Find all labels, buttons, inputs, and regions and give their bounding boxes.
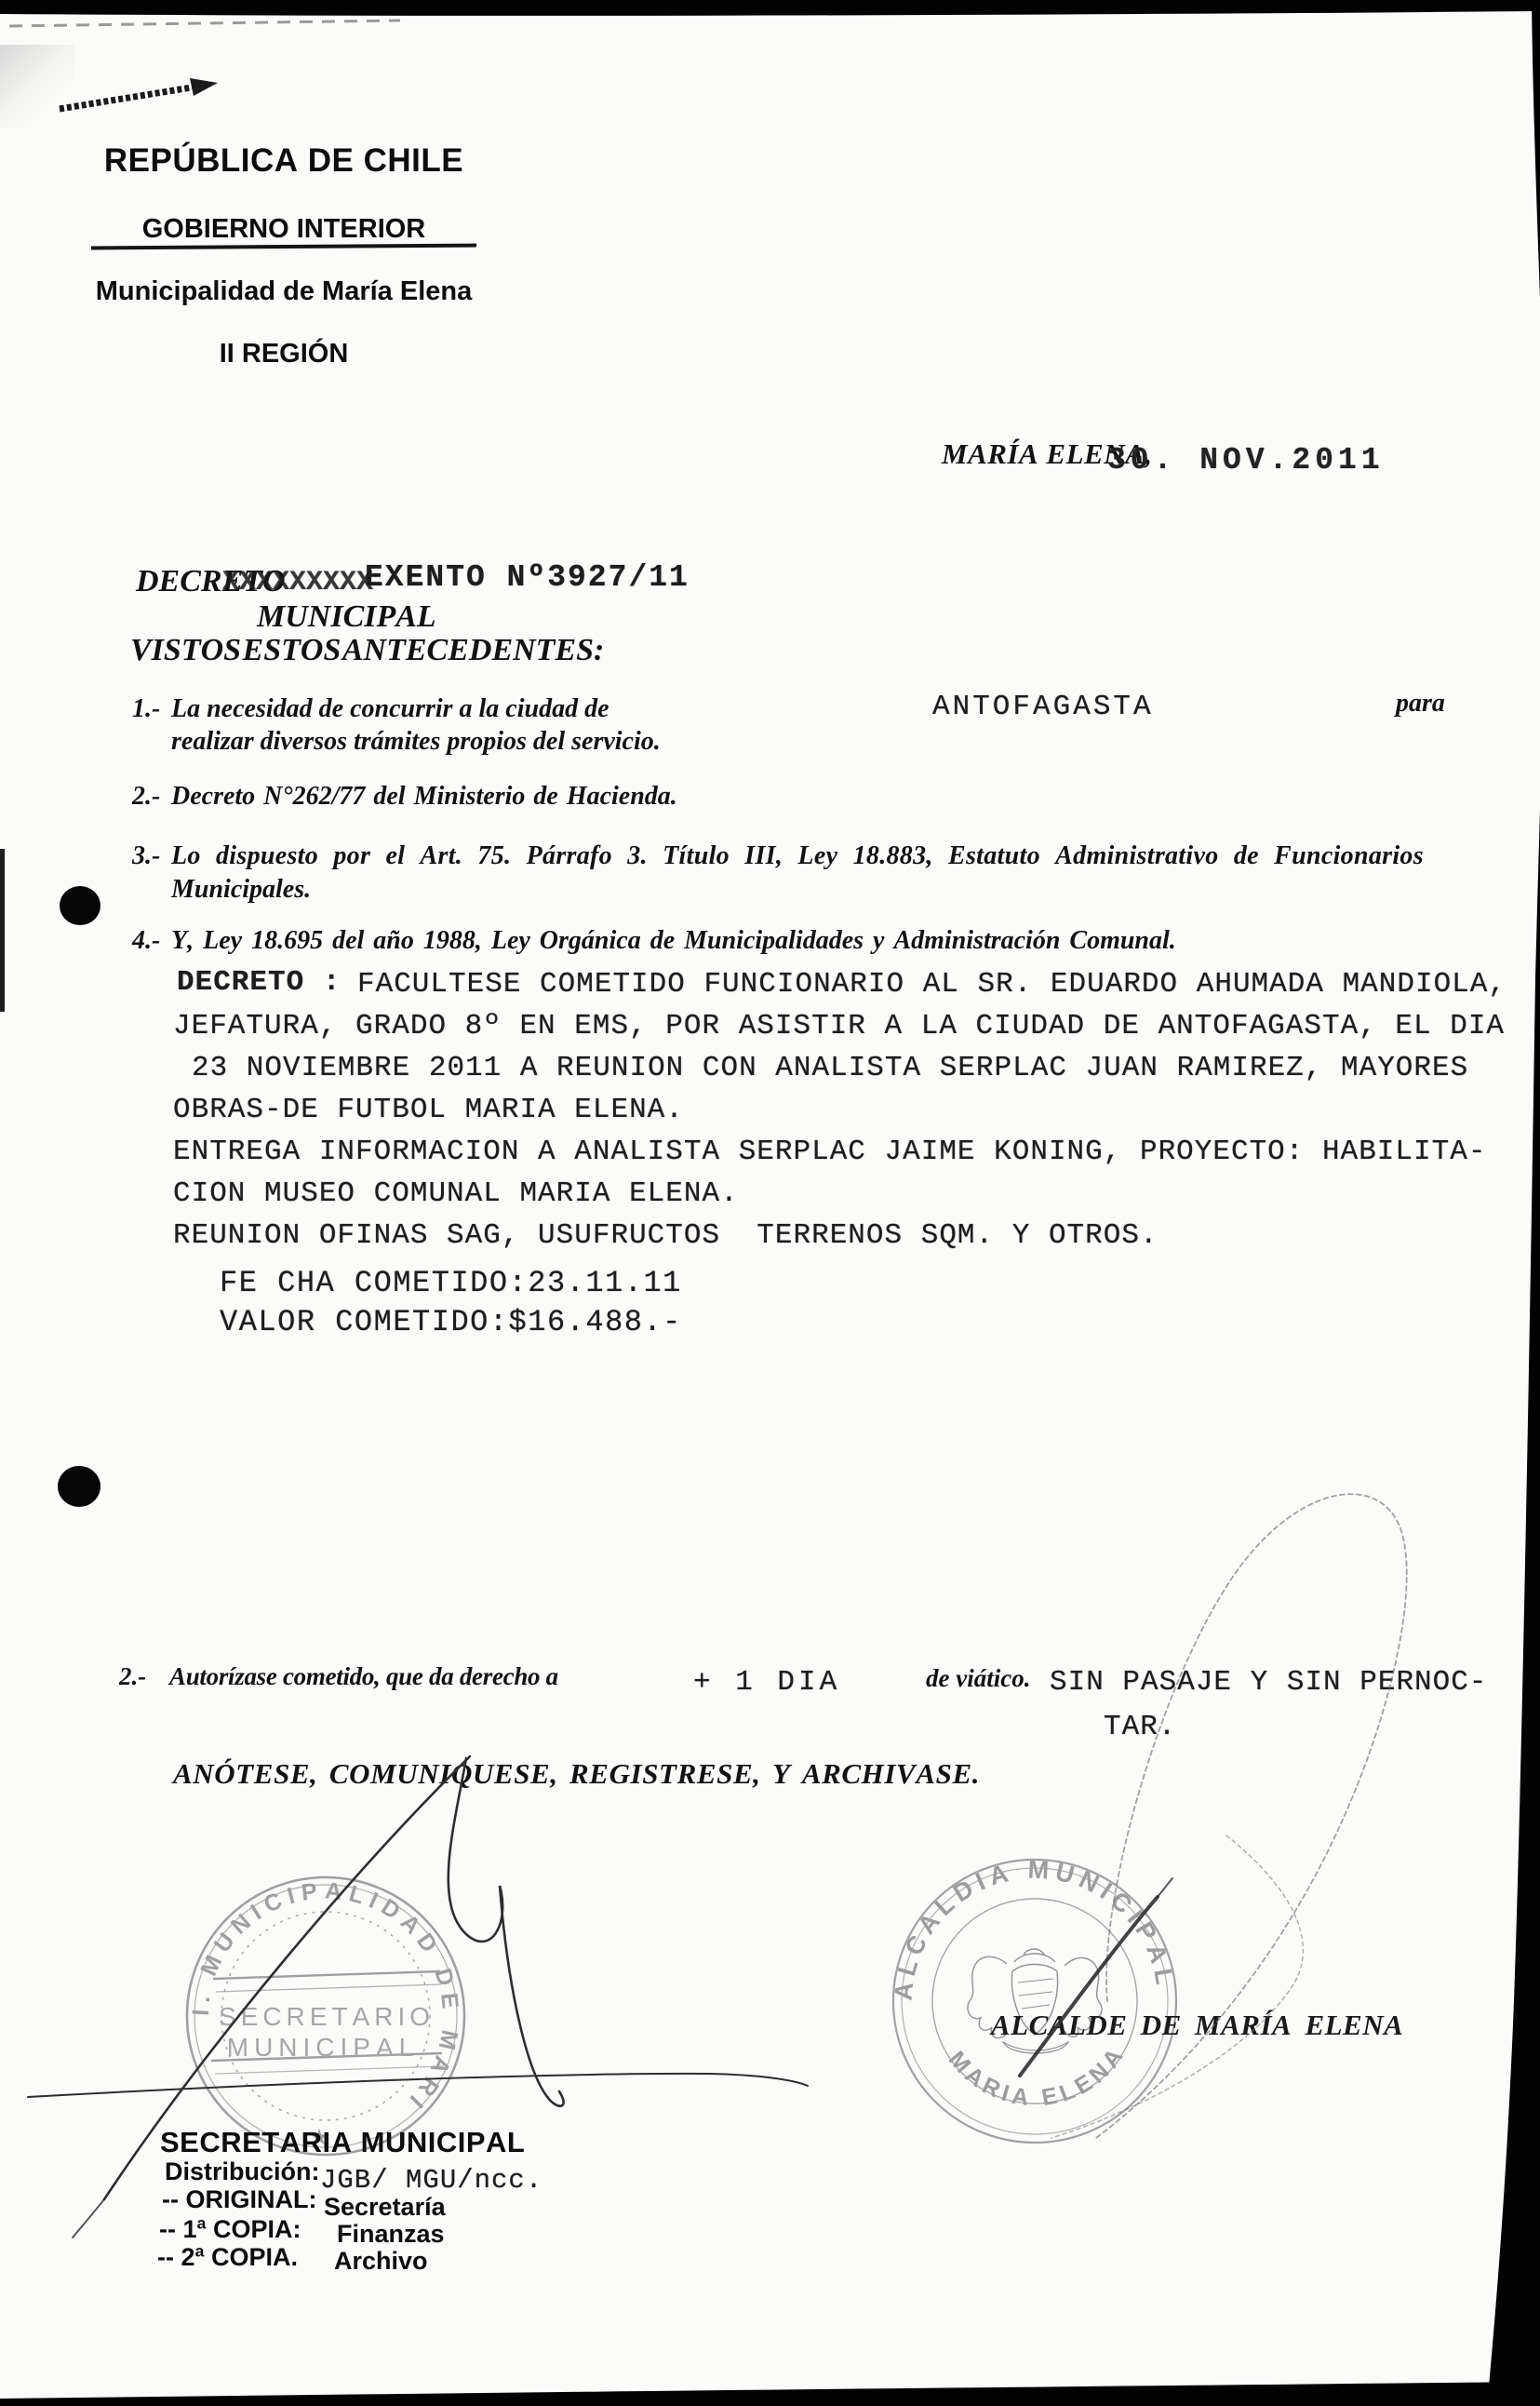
dist-row-copy2-value: Archivo <box>334 2247 428 2276</box>
secretary-stamp-banner-line2: MUNICIPAL <box>227 2033 419 2062</box>
dist-row-original-value: Secretaría <box>324 2193 446 2222</box>
decreto-line4: OBRAS-DE FUTBOL MARIA ELENA. <box>173 1094 684 1126</box>
svg-text:I. MUNICIPALIDAD DE MARIA EL: I. MUNICIPALIDAD DE MARIA EL <box>160 1848 463 2117</box>
scan-top-dash <box>9 20 400 26</box>
svg-text:MARIA ELENA: MARIA ELENA <box>944 2040 1132 2111</box>
scan-shading <box>0 45 74 128</box>
auth-middle: de viático. <box>926 1664 1030 1693</box>
auth-num: 2.- <box>119 1662 146 1691</box>
date-stamp: 30. NOV.2011 <box>1107 443 1385 477</box>
letterhead: REPÚBLICA DE CHILE GOBIERNO INTERIOR Mun… <box>88 108 479 402</box>
decreto-line3: 23 NOVIEMBRE 2011 A REUNION CON ANALISTA… <box>192 1052 1468 1084</box>
item4-line1: Y, Ley 18.695 del año 1988, Ley Orgánica… <box>171 926 1176 956</box>
item4-num: 4.- <box>132 926 160 956</box>
secretary-stamp-ring-text: I. MUNICIPALIDAD DE MARIA EL <box>160 1848 463 2117</box>
hole-punch-bottom <box>58 1466 100 1507</box>
item1-tail-word: para <box>1396 689 1445 719</box>
footer-secretary-title: SECRETARIA MUNICIPAL <box>160 2126 525 2159</box>
mayor-signature-title: ALCALDE DE MARÍA ELENA <box>991 2009 1403 2042</box>
decreto-line2: JEFATURA, GRADO 8º EN EMS, POR ASISTIR A… <box>173 1010 1505 1042</box>
item2-num: 2.- <box>132 782 160 812</box>
item1-typed-city: ANTOFAGASTA <box>932 691 1154 723</box>
mayor-stamp-ring-bottom: MARIA ELENA <box>944 2040 1132 2111</box>
dist-row-copy2-label: -- 2ª COPIA. <box>157 2243 298 2272</box>
decree-struck-word: MUNICIPAL <box>257 599 436 634</box>
scan-right-wedge <box>1487 810 1540 2406</box>
decreto-line7: REUNION OFINAS SAG, USUFRUCTOS TERRENOS … <box>173 1219 1158 1252</box>
letterhead-municipality: Municipalidad de María Elena <box>88 277 479 306</box>
scan-bottom-bar <box>0 2382 1540 2406</box>
dist-row-copy1-value: Finanzas <box>337 2220 445 2249</box>
auth-terms-line1: SIN PASAJE Y SIN PERNOC- <box>1050 1666 1487 1699</box>
decreto-line1: FACULTESE COMETIDO FUNCIONARIO AL SR. ED… <box>357 968 1507 1001</box>
distribution-label: Distribución: <box>165 2157 320 2186</box>
decreto-label: DECRETO : <box>177 966 341 999</box>
auth-terms-line2: TAR. <box>1104 1711 1176 1743</box>
hole-punch-top <box>60 886 100 925</box>
decreto-line6: CION MUSEO COMUNAL MARIA ELENA. <box>173 1177 739 1210</box>
scan-left-edge <box>0 849 5 1012</box>
vistos-heading: VISTOS ESTOS ANTECEDENTES: <box>130 633 604 668</box>
item1-line1: La necesidad de concurrir a la ciudad de <box>171 694 609 724</box>
decree-number-typed: EXENTO Nº3927/11 <box>365 560 690 595</box>
item1-num: 1.- <box>132 694 160 724</box>
auth-typed-days: + 1 DIA <box>693 1666 840 1699</box>
item3-line2: Municipales. <box>171 875 311 905</box>
letterhead-country: REPÚBLICA DE CHILE <box>88 141 479 181</box>
closing-line: ANÓTESE, COMUNIQUESE, REGISTRESE, Y ARCH… <box>173 1757 980 1791</box>
valor-cometido: VALOR COMETIDO:$16.488.- <box>220 1305 682 1339</box>
mayor-stamp: ALCALDIA MUNICIPAL MARIA ELENA <box>886 1852 1193 2159</box>
scan-right-sliver <box>1532 0 1540 298</box>
strikeout-xs: XXXXXXXXX <box>222 567 373 598</box>
scanned-decree-page: REPÚBLICA DE CHILE GOBIERNO INTERIOR Mun… <box>0 0 1540 2406</box>
auth-text: Autorízase cometido, que da derecho a <box>169 1662 558 1691</box>
dist-row-copy1-label: -- 1ª COPIA: <box>159 2215 301 2244</box>
decreto-line5: ENTREGA INFORMACION A ANALISTA SERPLAC J… <box>173 1136 1486 1168</box>
item2-line1: Decreto N°262/77 del Ministerio de Hacie… <box>171 782 677 812</box>
item3-line1: Lo dispuesto por el Art. 75. Párrafo 3. … <box>171 841 1424 871</box>
fecha-cometido: FE CHA COMETIDO:23.11.11 <box>220 1266 682 1300</box>
item1-line2: realizar diversos trámites propios del s… <box>171 727 661 757</box>
secretary-stamp-banner-line1: SECRETARIO <box>219 2002 435 2031</box>
item3-num: 3.- <box>132 841 160 871</box>
scan-top-bar <box>0 0 1540 16</box>
mayor-stamp-ring-top: ALCALDIA MUNICIPAL <box>889 1855 1179 2001</box>
pen-arrow-mark <box>60 78 218 109</box>
secretary-stamp: I. MUNICIPALIDAD DE MARIA EL SECRETARIO … <box>172 1869 484 2167</box>
dist-row-original-label: -- ORIGINAL: <box>162 2185 316 2214</box>
svg-text:ALCALDIA MUNICIPAL: ALCALDIA MUNICIPAL <box>889 1855 1179 2001</box>
typed-initials: JGB/ MGU/ncc. <box>320 2165 542 2196</box>
letterhead-government: GOBIERNO INTERIOR <box>88 214 479 244</box>
letterhead-region: II REGIÓN <box>88 340 479 369</box>
